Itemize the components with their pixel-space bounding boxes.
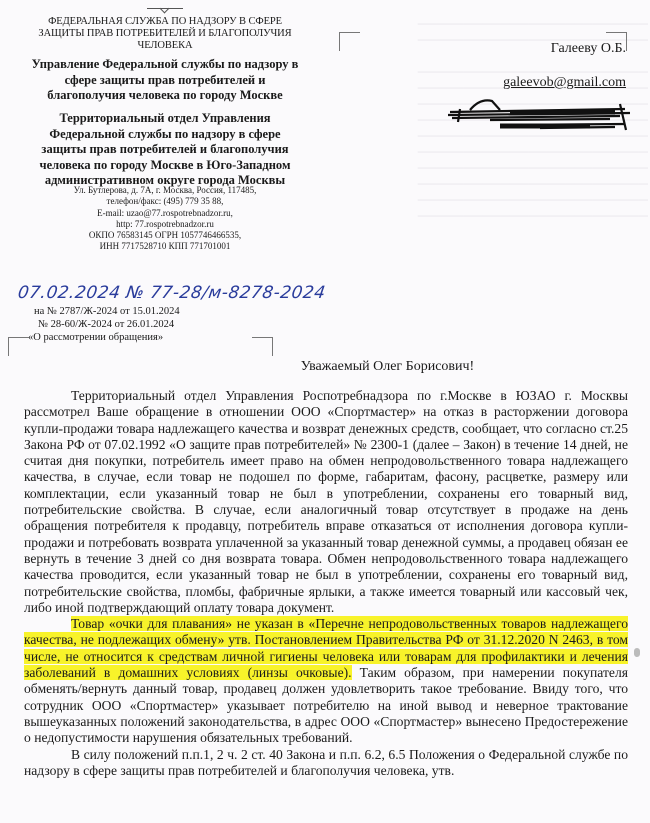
agency-name: ФЕДЕРАЛЬНАЯ СЛУЖБА ПО НАДЗОРУ В СФЕРЕ ЗА…	[0, 16, 330, 52]
department-name: Управление Федеральной службы по надзору…	[0, 57, 330, 104]
handwritten-outgoing-number: 07.02.2024 № 77-28/м-8278-2024	[17, 283, 327, 303]
letter-page: ────────────────────────────────────────…	[0, 0, 650, 823]
body-paragraph-2: Товар «очки для плавания» не указан в «П…	[24, 616, 628, 746]
body-paragraph-3: В силу положений п.п.1, 2 ч. 2 ст. 40 За…	[24, 747, 628, 780]
contact-details: Ул. Бутлерова, д. 7А, г. Москва, Россия,…	[0, 185, 330, 253]
bracket-corner	[339, 32, 360, 51]
bracket-corner	[252, 337, 273, 356]
bracket-corner	[8, 337, 29, 356]
scan-mark	[634, 648, 640, 657]
reference-line-1: на № 2787/Ж-2024 от 15.01.2024	[34, 305, 180, 318]
emblem-icon	[147, 0, 183, 9]
reference-line-2: № 28-60/Ж-2024 от 26.01.2024	[38, 318, 174, 331]
redacted-address-scribble	[440, 92, 635, 134]
greeting: Уважаемый Олег Борисович!	[0, 359, 650, 375]
recipient-name: Галееву О.Б.	[551, 41, 626, 57]
letter-body: Территориальный отдел Управления Роспотр…	[24, 388, 628, 779]
body-paragraph-1: Территориальный отдел Управления Роспотр…	[24, 388, 628, 616]
territorial-office-name: Территориальный отдел Управления Федерал…	[0, 111, 330, 189]
subject-line: «О рассмотрении обращения»	[28, 331, 163, 344]
recipient-email[interactable]: galeevob@gmail.com	[503, 75, 626, 91]
